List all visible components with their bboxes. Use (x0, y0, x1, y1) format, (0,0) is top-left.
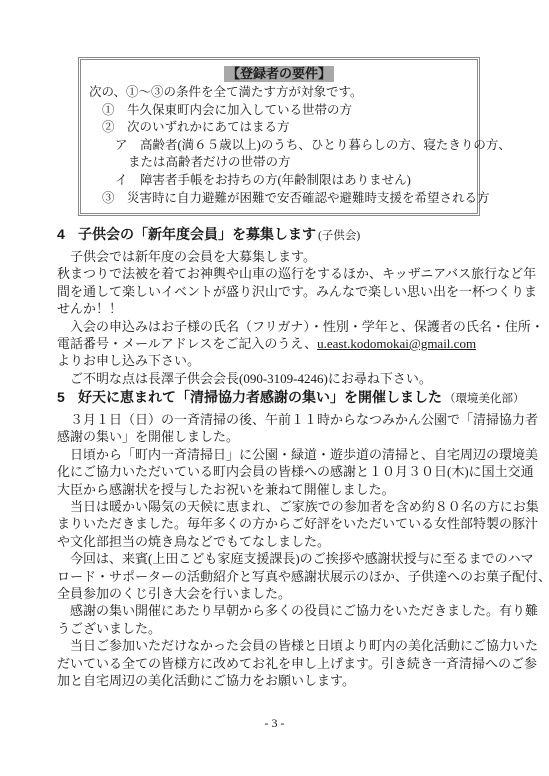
section-4-heading: 4子供会の「新年度会員」を募集します(子供会) (57, 225, 497, 246)
body-line: 入会の申込みはお子様の氏名（フリガナ）・性別・学年と、保護者の氏名・住所・ (57, 318, 497, 335)
body-line: 加と自宅周辺の美化活動にご協力をお願いします。 (57, 672, 497, 689)
body-line: 大臣から感謝状を授与したお祝いを兼ねて開催しました。 (57, 481, 497, 498)
body-line: せんか！！ (57, 300, 497, 317)
requirements-item-3: ③ 災害時に自力避難が困難で安否確認や避難時支援を希望される方 (81, 190, 477, 208)
body-line: よりお申し込み下さい。 (57, 352, 497, 369)
body-line: 日頃から「町内一斉清掃日」に公園・緑道・遊歩道の清掃と、自宅周辺の環境美 (57, 446, 497, 463)
section-4: 4子供会の「新年度会員」を募集します(子供会) 子供会では新年度の会員を大募集し… (57, 225, 497, 387)
section-4-dept-label: (子供会) (318, 230, 360, 242)
body-line: 全員参加のくじ引き大会を行いました。 (57, 585, 497, 602)
requirements-box-title: 【登録者の要件】 (224, 66, 334, 82)
requirements-item-2b: イ 障害者手帳をお持ちの方(年齢制限はありません) (81, 172, 477, 190)
requirements-item-2a-cont: または高齢者だけの世帯の方 (81, 154, 477, 172)
body-line: 当日ご参加いただけなかった会員の皆様と日頃より町内の美化活動にご協力いた (57, 637, 497, 654)
requirements-box-title-row: 【登録者の要件】 (81, 65, 477, 83)
body-line: 子供会では新年度の会員を大募集します。 (57, 248, 497, 265)
requirements-item-2a: ア 高齢者(満６５歳以上)のうち、ひとり暮らしの方、寝たきりの方、 (81, 137, 477, 155)
body-line: 間を通して楽しいイベントが盛り沢山です。みんなで楽しい思い出を一杯つくりま (57, 283, 497, 300)
requirements-item-1: ① 牛久保東町内会に加入している世帯の方 (81, 102, 477, 120)
body-line: や文化部担当の焼き鳥などでもてなしました。 (57, 533, 497, 550)
section-5-number: 5 (57, 388, 78, 407)
body-line: 感謝の集い」を開催しました。 (57, 428, 497, 445)
body-line: うございました。 (57, 620, 497, 637)
body-line: ロード・サポーターの活動紹介と写真や感謝状展示のほか、子供達へのお菓子配付、 (57, 568, 497, 585)
registrant-requirements-box: 【登録者の要件】 次の、①～③の条件を全て満たす方が対象です。 ① 牛久保東町内… (78, 57, 480, 216)
body-line: 化にご協力いただいている町内会員の皆様への感謝と１０月３０日(木)に国土交通 (57, 463, 497, 480)
section-5: 5好天に恵まれて「清掃協力者感謝の集い」を開催しました（環境美化部） ３月１日（… (57, 388, 497, 690)
body-line: 今回は、来賓(上田こども家庭支援課長)のご挨拶や感謝状授与に至るまでのハマ (57, 550, 497, 567)
email-link[interactable]: u.east.kodomokai@gmail.com (317, 336, 476, 351)
body-line: 秋まつりで法被を着てお神輿や山車の巡行をするほか、キッザニアバス旅行など年 (57, 265, 497, 282)
body-line: 感謝の集い開催にあたり早朝から多くの役員にご協力をいただきました。有り難 (57, 602, 497, 619)
body-line: ご不明な点は長澤子供会会長(090-3109-4246)にお尋ね下さい。 (57, 370, 497, 387)
section-4-title: 子供会の「新年度会員」を募集します (78, 226, 316, 242)
document-page: 【登録者の要件】 次の、①～③の条件を全て満たす方が対象です。 ① 牛久保東町内… (0, 0, 549, 776)
section-5-title: 好天に恵まれて「清掃協力者感謝の集い」を開催しました (78, 389, 442, 405)
email-line-text: 電話番号・メールアドレスをご記入のうえ、 (57, 336, 317, 351)
requirements-item-2: ② 次のいずれかにあてはまる方 (81, 119, 477, 137)
requirements-intro-line: 次の、①～③の条件を全て満たす方が対象です。 (81, 84, 477, 102)
body-line: 当日は暖かい陽気の天候に恵まれ、ご家族での参加者を含め約８０名の方にお集 (57, 498, 497, 515)
section-5-heading: 5好天に恵まれて「清掃協力者感謝の集い」を開催しました（環境美化部） (57, 388, 497, 409)
body-line: だいている全ての皆様方に改めてお礼を申し上げます。引き続き一斉清掃へのご参 (57, 655, 497, 672)
body-line: ３月１日（日）の一斉清掃の後、午前１１時からなつみかん公園で「清掃協力者 (57, 411, 497, 428)
page-number: - 3 - (0, 716, 549, 731)
section-5-dept-label: （環境美化部） (444, 393, 525, 405)
body-line-with-email: 電話番号・メールアドレスをご記入のうえ、u.east.kodomokai@gma… (57, 335, 497, 352)
body-line: まりいただきました。毎年多くの方からご好評をいただいている女性部特製の豚汁 (57, 515, 497, 532)
section-4-number: 4 (57, 225, 78, 244)
